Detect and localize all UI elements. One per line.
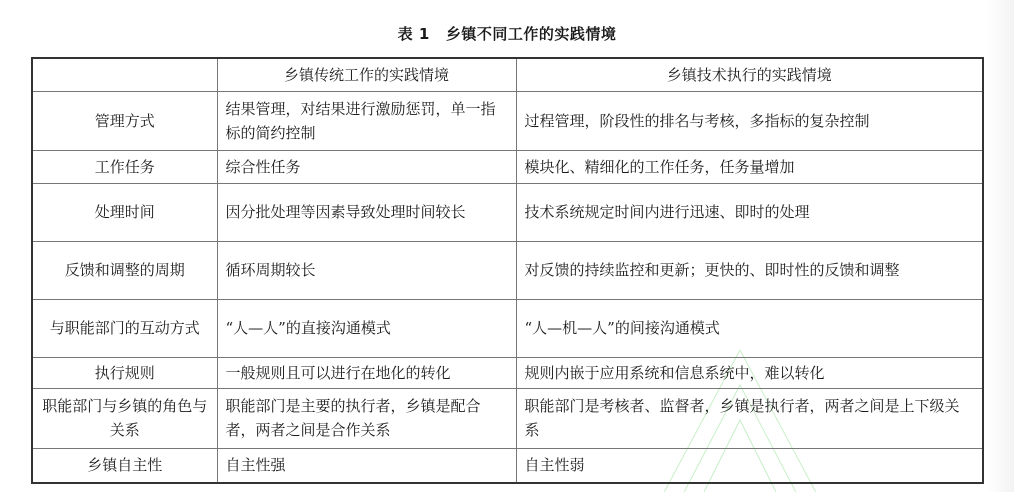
traditional-cell: 结果管理，对结果进行激励惩罚，单一指标的简约控制: [217, 91, 516, 150]
table-row: 乡镇自主性 自主性强 自主性弱: [32, 448, 983, 483]
traditional-cell: 一般规则且可以进行在地化的转化: [217, 357, 516, 388]
table-caption: 表 1乡镇不同工作的实践情境: [0, 23, 1014, 44]
technical-cell: 模块化、精细化的工作任务，任务量增加: [516, 150, 983, 183]
row-label: 处理时间: [32, 183, 217, 241]
traditional-cell: 循环周期较长: [217, 241, 516, 299]
table-row: 执行规则 一般规则且可以进行在地化的转化 规则内嵌于应用系统和信息系统中，难以转…: [32, 357, 983, 388]
technical-cell: “人—机—人”的间接沟通模式: [516, 299, 983, 357]
row-label: 工作任务: [32, 150, 217, 183]
technical-cell: 技术系统规定时间内进行迅速、即时的处理: [516, 183, 983, 241]
header-technical: 乡镇技术执行的实践情境: [516, 58, 983, 91]
traditional-cell: 职能部门是主要的执行者，乡镇是配合者，两者之间是合作关系: [217, 388, 516, 448]
technical-cell: 对反馈的持续监控和更新；更快的、即时性的反馈和调整: [516, 241, 983, 299]
comparison-table: 乡镇传统工作的实践情境 乡镇技术执行的实践情境 管理方式 结果管理，对结果进行激…: [31, 57, 984, 484]
row-label: 乡镇自主性: [32, 448, 217, 483]
table-row: 反馈和调整的周期 循环周期较长 对反馈的持续监控和更新；更快的、即时性的反馈和调…: [32, 241, 983, 299]
table-row: 管理方式 结果管理，对结果进行激励惩罚，单一指标的简约控制 过程管理，阶段性的排…: [32, 91, 983, 150]
header-empty: [32, 58, 217, 91]
table-title: 乡镇不同工作的实践情境: [446, 25, 617, 43]
table-number: 表 1: [398, 25, 430, 43]
technical-cell: 过程管理，阶段性的排名与考核，多指标的复杂控制: [516, 91, 983, 150]
traditional-cell: 自主性强: [217, 448, 516, 483]
page-edge-shade: [986, 0, 1014, 492]
row-label: 职能部门与乡镇的角色与关系: [32, 388, 217, 448]
row-label: 与职能部门的互动方式: [32, 299, 217, 357]
technical-cell: 自主性弱: [516, 448, 983, 483]
row-label: 管理方式: [32, 91, 217, 150]
row-label: 执行规则: [32, 357, 217, 388]
traditional-cell: 因分批处理等因素导致处理时间较长: [217, 183, 516, 241]
table-row: 与职能部门的互动方式 “人—人”的直接沟通模式 “人—机—人”的间接沟通模式: [32, 299, 983, 357]
table-row: 职能部门与乡镇的角色与关系 职能部门是主要的执行者，乡镇是配合者，两者之间是合作…: [32, 388, 983, 448]
header-row: 乡镇传统工作的实践情境 乡镇技术执行的实践情境: [32, 58, 983, 91]
header-traditional: 乡镇传统工作的实践情境: [217, 58, 516, 91]
table-row: 处理时间 因分批处理等因素导致处理时间较长 技术系统规定时间内进行迅速、即时的处…: [32, 183, 983, 241]
traditional-cell: 综合性任务: [217, 150, 516, 183]
row-label: 反馈和调整的周期: [32, 241, 217, 299]
traditional-cell: “人—人”的直接沟通模式: [217, 299, 516, 357]
technical-cell: 规则内嵌于应用系统和信息系统中，难以转化: [516, 357, 983, 388]
technical-cell: 职能部门是考核者、监督者，乡镇是执行者，两者之间是上下级关系: [516, 388, 983, 448]
table-row: 工作任务 综合性任务 模块化、精细化的工作任务，任务量增加: [32, 150, 983, 183]
